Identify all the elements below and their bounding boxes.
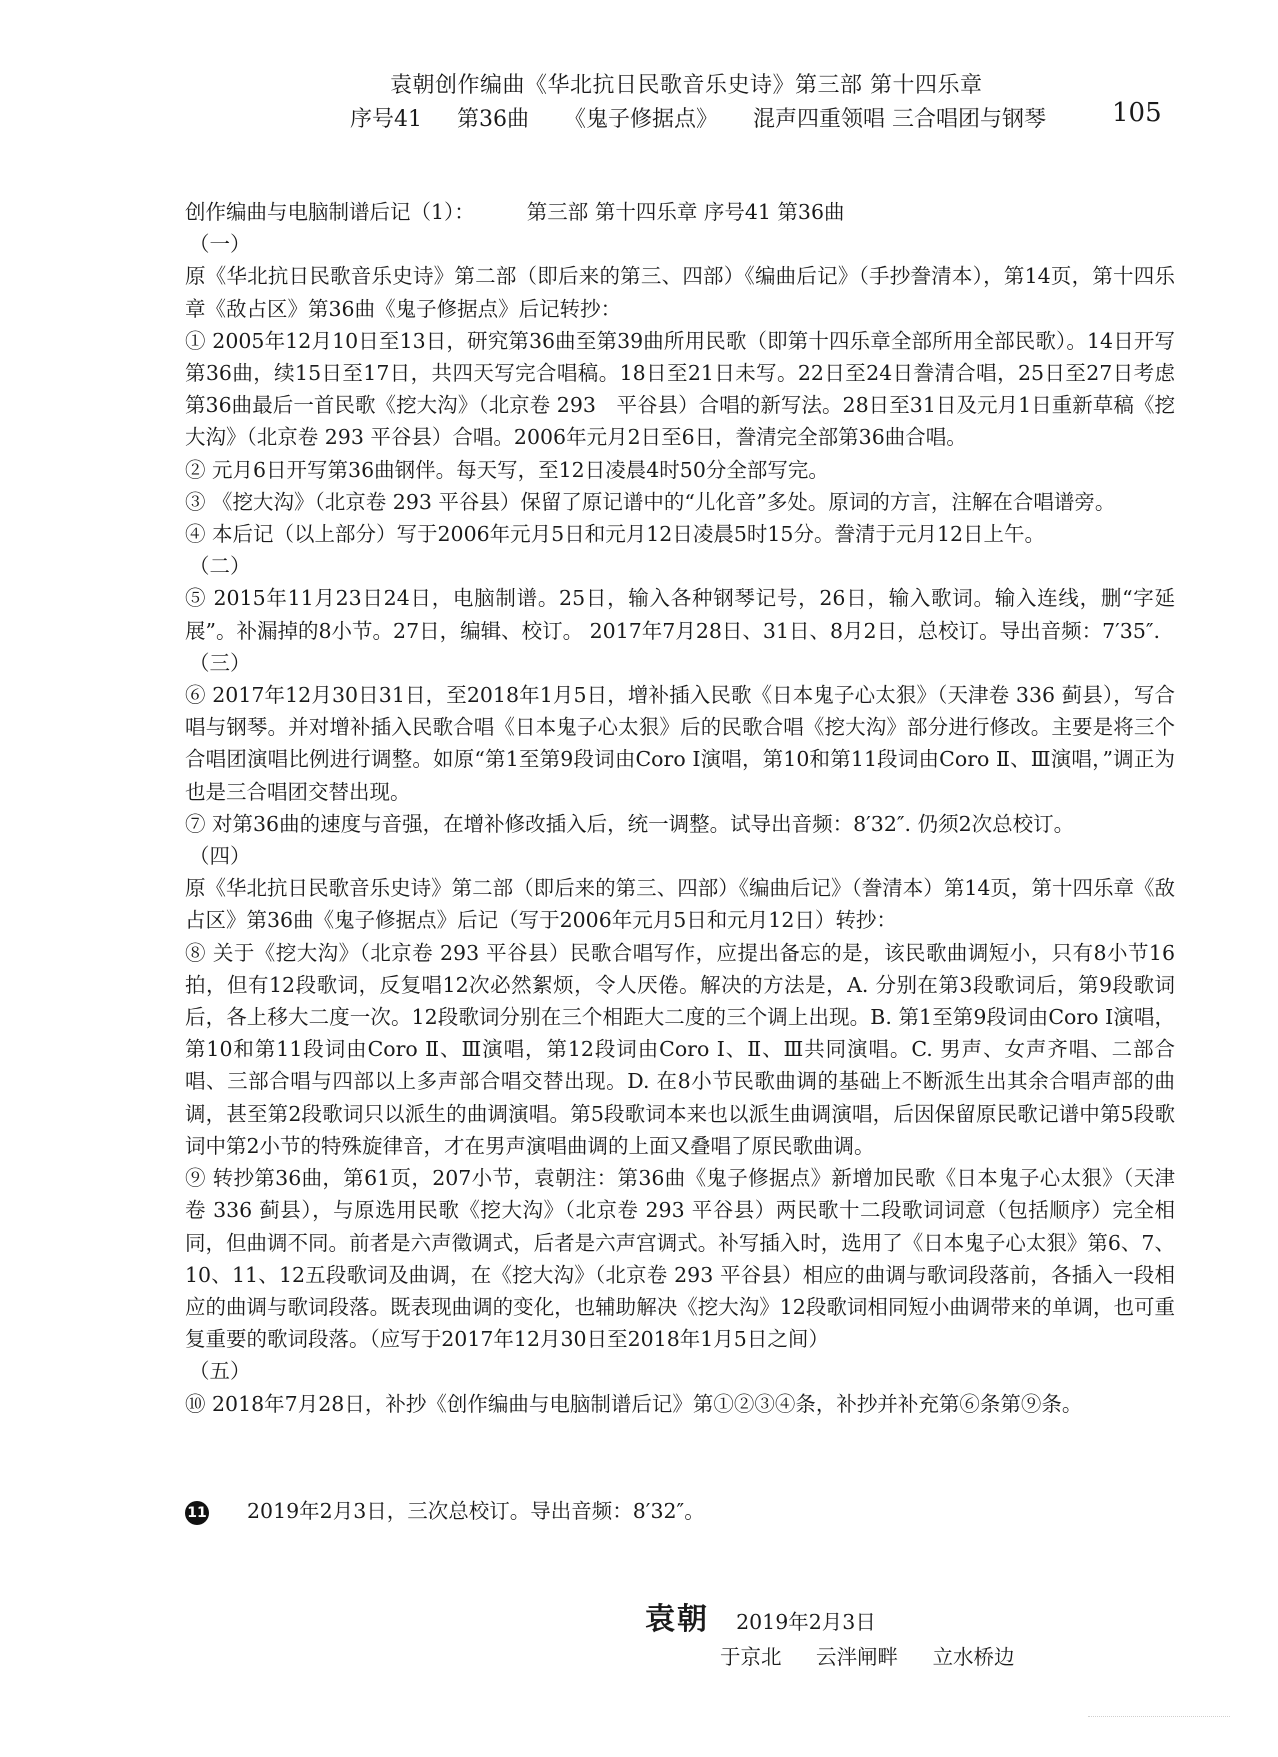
author-name: 袁朝 <box>645 1602 709 1637</box>
header-piece-number: 第36曲 <box>457 107 529 132</box>
circled-number-icon: 11 <box>185 1501 209 1525</box>
paragraph: ④ 本后记（以上部分）写于2006年元月5日和元月12日凌晨5时15分。誊清于元… <box>185 518 1175 550</box>
page-number: 105 <box>1112 98 1162 128</box>
signature-location: 于京北 云泮闸畔 立水桥边 <box>720 1640 1043 1670</box>
header-piece-info: 序号41 第36曲 《鬼子修据点》 混声四重领唱 三合唱团与钢琴 <box>350 102 1074 133</box>
location-part: 云泮闸畔 <box>816 1645 898 1669</box>
header-work-title: 袁朝创作编曲《华北抗日民歌音乐史诗》第三部 第十四乐章 <box>390 68 983 99</box>
paragraph: ⑦ 对第36曲的速度与音强，在增补修改插入后，统一调整。试导出音频：8′32″.… <box>185 808 1175 840</box>
section-label: （二） <box>185 550 1175 582</box>
header-sequence-number: 序号41 <box>350 107 422 132</box>
paragraph: ⑥ 2017年12月30日31日，至2018年1月5日，增补插入民歌《日本鬼子心… <box>185 679 1175 808</box>
signature-date: 2019年2月3日 <box>736 1610 876 1634</box>
document-body: 创作编曲与电脑制谱后记（1）：第三部 第十四乐章 序号41 第36曲 （一） 原… <box>185 196 1175 1420</box>
paragraph: 原《华北抗日民歌音乐史诗》第二部（即后来的第三、四部）《编曲后记》（誊清本）第1… <box>185 872 1175 936</box>
paragraph: ② 元月6日开写第36曲钢伴。每天写，至12日凌晨4时50分全部写完。 <box>185 454 1175 486</box>
header-piece-title: 《鬼子修据点》 <box>564 107 718 132</box>
signature: 袁朝 2019年2月3日 <box>645 1594 876 1638</box>
paragraph: ⑧ 关于《挖大沟》（北京卷 293 平谷县）民歌合唱写作，应提出备忘的是，该民歌… <box>185 937 1175 1162</box>
paragraph: ⑨ 转抄第36曲，第61页，207小节，袁朝注：第36曲《鬼子修据点》新增加民歌… <box>185 1162 1175 1355</box>
document-title-right: 第三部 第十四乐章 序号41 第36曲 <box>527 200 845 224</box>
section-label: （三） <box>185 647 1175 679</box>
section-label: （一） <box>185 228 1175 260</box>
document-title-left: 创作编曲与电脑制谱后记（1）： <box>185 200 475 224</box>
paragraph: 原《华北抗日民歌音乐史诗》第二部（即后来的第三、四部）《编曲后记》（手抄誊清本）… <box>185 260 1175 324</box>
paragraph: ⑩ 2018年7月28日，补抄《创作编曲与电脑制谱后记》第①②③④条，补抄并补充… <box>185 1388 1175 1420</box>
document-title: 创作编曲与电脑制谱后记（1）：第三部 第十四乐章 序号41 第36曲 <box>185 196 1175 228</box>
header-voicing: 混声四重领唱 三合唱团与钢琴 <box>753 107 1046 132</box>
item-11: 112019年2月3日，三次总校订。导出音频：8′32″。 <box>185 1494 705 1525</box>
paragraph: ⑤ 2015年11月23日24日，电脑制谱。25日，输入各种钢琴记号，26日，输… <box>185 582 1175 646</box>
section-label: （四） <box>185 840 1175 872</box>
scan-artifact-divider <box>1088 1716 1230 1719</box>
section-label: （五） <box>185 1355 1175 1387</box>
paragraph: ① 2005年12月10日至13日，研究第36曲至第39曲所用民歌（即第十四乐章… <box>185 325 1175 454</box>
location-part: 立水桥边 <box>933 1645 1015 1669</box>
location-part: 于京北 <box>720 1645 782 1669</box>
item-11-text: 2019年2月3日，三次总校订。导出音频：8′32″。 <box>247 1499 705 1523</box>
paragraph: ③ 《挖大沟》（北京卷 293 平谷县）保留了原记谱中的“儿化音”多处。原词的方… <box>185 486 1175 518</box>
